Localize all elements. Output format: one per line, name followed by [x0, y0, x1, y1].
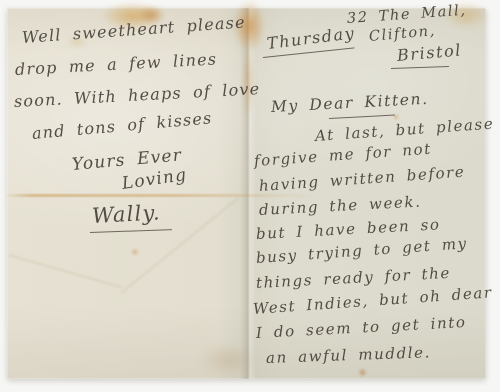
- body-line: forgive me for not: [253, 140, 432, 170]
- letter-line: and tons of kisses: [31, 108, 213, 143]
- diagonal-crease: [9, 254, 123, 288]
- address-line: Clifton,: [368, 23, 436, 45]
- foxing-stain: [358, 368, 367, 377]
- signature: Wally.: [91, 200, 161, 228]
- salutation-underline: [329, 115, 395, 120]
- letter-line: soon. With heaps of love: [14, 79, 261, 111]
- body-line: an awful muddle.: [266, 343, 432, 367]
- letter-photo: Well sweetheart please drop me a few lin…: [0, 0, 500, 392]
- letter-sheet: Well sweetheart please drop me a few lin…: [7, 8, 486, 379]
- address-line: Bristol: [396, 40, 463, 65]
- body-line: I do seem to get into: [256, 313, 467, 342]
- letter-line: drop me a few lines: [15, 49, 218, 79]
- signature-underline: [90, 229, 172, 233]
- address-underline: [391, 66, 449, 69]
- salutation: My Dear Kitten.: [271, 90, 430, 116]
- foxing-stain: [199, 344, 257, 376]
- foxing-stain: [131, 248, 139, 256]
